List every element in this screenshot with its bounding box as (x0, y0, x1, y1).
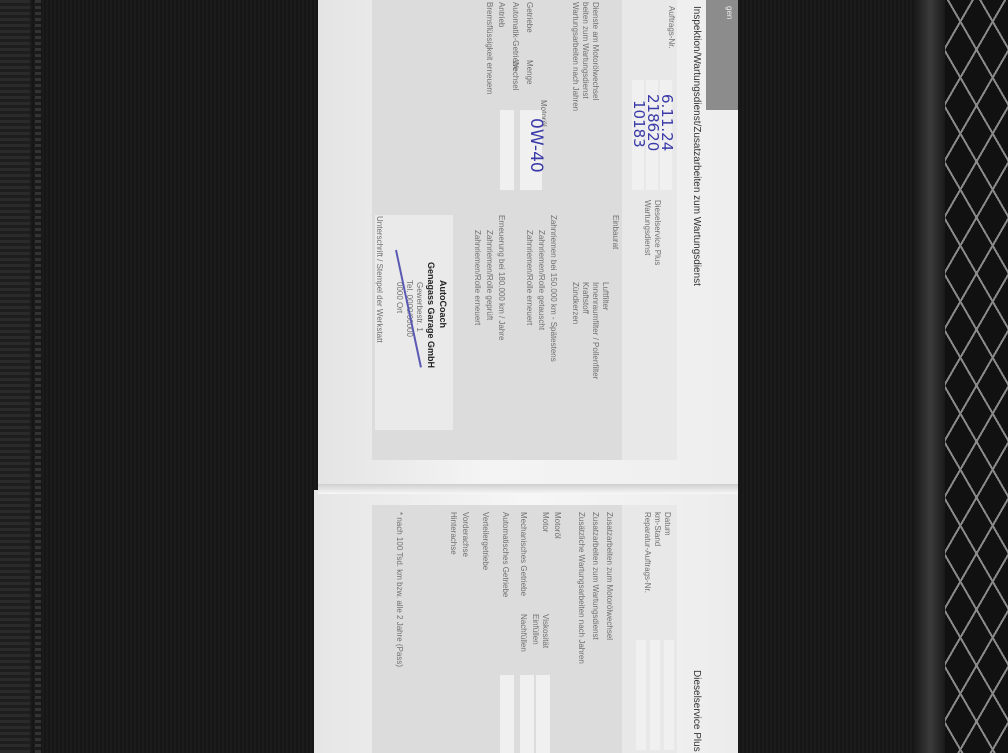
check-item-3: Kraftstoff (581, 282, 590, 314)
timing-option-1: Zahnriemen/Rolle getauscht (537, 230, 546, 330)
oil-field-1 (500, 110, 514, 190)
bottom-item-5: Verteilergetriebe (481, 512, 490, 570)
bottom-heading: Dieselservice Plus (691, 670, 702, 752)
stamp-line-1: Gewerbestr. 1 (415, 282, 424, 332)
bottom-field-6 (536, 675, 550, 753)
booklet-spine (318, 484, 738, 494)
bottom-check-1: Zusatzarbeiten zum Motorölwechsel (605, 512, 614, 640)
storage-net (945, 0, 1008, 753)
left-item-1: Getriebe (525, 2, 534, 33)
auftrag-label: Auftrags-Nr. (667, 6, 676, 49)
timing-option-4: Zahnriemen/Rolle erneuert (473, 230, 482, 325)
bottom-item-6: Vorderachse (461, 512, 470, 557)
check-item-2: Innenraumfilter / Pollenfilter (591, 282, 600, 379)
bottom-check-2: Zusatzarbeiten zum Wartungsdienst (591, 512, 600, 640)
check-item-1: Luftfilter (601, 282, 610, 310)
bottom-check-3: Zusätzliche Wartungsarbeiten nach Jahren (577, 512, 586, 664)
bottom-item-4: Automatisches Getriebe (501, 512, 510, 597)
door-sill-rail (915, 0, 945, 753)
left-value-2: Wechsel (511, 60, 520, 91)
bottom-value-1: Viskosität (541, 614, 550, 648)
timing-option-3: Zahnriemen/Rolle geprüft (485, 230, 494, 320)
bottom-item-2: Motor (541, 512, 550, 532)
bottom-field-5 (520, 675, 534, 753)
bottom-field-2 (650, 640, 660, 750)
bottom-value-2: Einfüllen (531, 614, 540, 645)
bottom-label-order: Reparatur-Auftrags-Nr. (643, 512, 652, 593)
bottom-label-km: km-Stand (653, 512, 662, 546)
stamp-company: AutoCoach (438, 280, 448, 328)
bottom-item-7: Hinterachse (449, 512, 458, 555)
order-value: 10183 (630, 100, 648, 148)
checks-label: Einbaurat (611, 215, 620, 249)
stamp-caption: Unterschrift / Stempel der Werkstatt (375, 216, 384, 343)
bottom-field-1 (636, 640, 646, 750)
oil-value: 0W-40 (526, 118, 546, 173)
left-item-3: Antrieb (497, 2, 506, 27)
timing-label-2: Erneuerung bei 180.000 km / Jahre (497, 215, 506, 340)
mat-stitching (35, 0, 41, 753)
bottom-footnote: * nach 100 Tsd. km bzw. alle 2 Jahre (Pa… (395, 512, 404, 667)
timing-option-2: Zahnriemen/Rolle erneuert (525, 230, 534, 325)
check-item-4: Zündkerzen (571, 282, 580, 324)
mat-edge (0, 0, 30, 753)
option-wartungsdienst: Wartungsdienst (643, 200, 652, 255)
bottom-field-4 (500, 675, 514, 753)
option-dieselservice: Dieselservice Plus (653, 200, 662, 265)
service-check-3: Wartungsarbeiten nach Jahren (571, 2, 580, 111)
bottom-item-1: Motoröl (553, 512, 562, 539)
timing-label: Zahnriemen bei 150.000 km - Spätestens (549, 215, 558, 362)
section-tab-label: gen (725, 6, 734, 19)
bottom-field-3 (664, 640, 674, 750)
page-heading: Inspektion/Wartungsdienst/Zusatzarbeiten… (691, 6, 702, 286)
service-check-1: Dienste am Motorölwechsel (591, 2, 600, 100)
left-item-4: Bremsflüssigkeit erneuern (485, 2, 494, 94)
bottom-item-3: Mechanisches Getriebe (519, 512, 528, 596)
service-check-2: beiten zum Wartungsdienst (581, 2, 590, 99)
stamp-name: Genagass Garage GmbH (426, 262, 436, 368)
left-value-1: Menge (525, 60, 534, 84)
bottom-label-date: Datum (663, 512, 672, 536)
bottom-value-3: Nachfüllen (519, 614, 528, 652)
